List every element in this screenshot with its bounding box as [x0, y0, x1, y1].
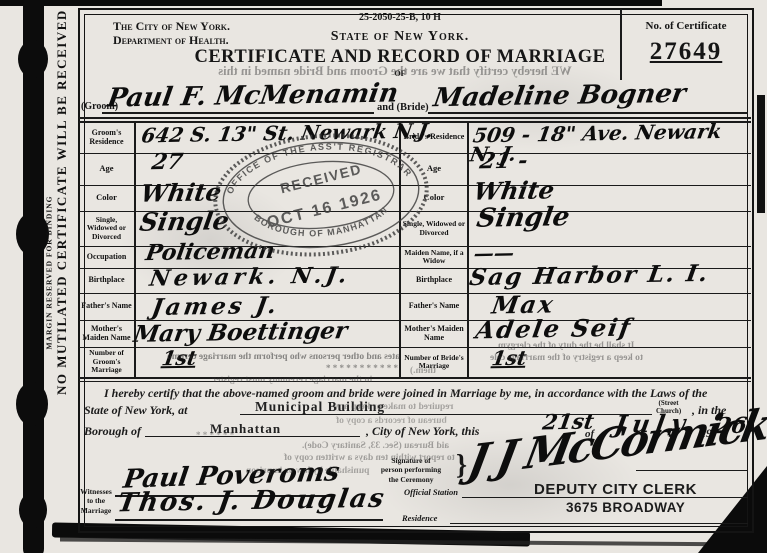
bleedthrough-text: ates and other persons who perform the m…: [132, 352, 400, 362]
signature-line: [636, 470, 748, 471]
bleedthrough-text: punishable by law or imprison: [246, 466, 369, 476]
bleedthrough-text: bureau of records a copy of: [336, 416, 447, 426]
field-label-groom-color: Color: [80, 185, 133, 211]
bleedthrough-text: WE hereby certify that we are the Groom …: [150, 64, 640, 79]
groom-birthplace-value: Newark. N.J.: [148, 265, 352, 289]
state-heading: State of New York.: [250, 29, 550, 45]
received-stamp: OFFICE OF THE ASS'T REGISTRAR BOROUGH OF…: [198, 118, 445, 272]
bleedthrough-text: in the marriage ceremony must register: [212, 375, 372, 385]
borough-line: [145, 436, 360, 437]
agency-name: The City of New York.: [113, 19, 230, 34]
certification-line3-prefix: Borough of: [84, 424, 141, 439]
bride-name-handwritten: Madeline Bogner: [432, 82, 688, 111]
field-label-groom-residence: Groom's Residence: [80, 122, 133, 153]
groom-mother-value: Mary Boettinger: [132, 320, 349, 346]
bride-age-value: 21 -: [478, 151, 529, 173]
and-bride-label: and (Bride): [377, 102, 429, 113]
groom-father-value: James J.: [150, 295, 281, 319]
binding-bump: [19, 492, 47, 528]
witnesses-label: Witnesses to the Marriage: [76, 487, 116, 515]
signature-label-line3: the Ceremony: [366, 475, 456, 484]
witness-2-line: [115, 519, 383, 521]
witness-2-signature: Thos. J. Douglas: [116, 487, 388, 516]
bride-birthplace-value: Sag Harbor L. I.: [468, 263, 711, 289]
groom-name-handwritten: Paul F. McMenamin: [106, 81, 400, 111]
mutilated-notice-vertical: NO MUTILATED CERTIFICATE WILL BE RECEIVE…: [54, 65, 70, 395]
bleedthrough-text: * * * * * *: [196, 430, 234, 440]
field-label-groom-birthplace: Birthplace: [80, 268, 133, 293]
witnesses-label-line3: Marriage: [76, 506, 116, 515]
field-label-bride-birthplace: Birthplace: [402, 268, 466, 293]
binding-bump: [16, 382, 48, 426]
table-bottom-rule-2: [79, 381, 751, 382]
deputy-city-clerk-stamp: DEPUTY CITY CLERK: [534, 481, 697, 498]
bleedthrough-text: aid Bureau (Sec. 33, Sanitary Code).: [302, 441, 449, 451]
field-label-groom-father: Father's Name: [80, 293, 133, 320]
form-number: 25-2050-25-B, 10 H: [300, 12, 500, 23]
binding-notice-vertical: MARGIN RESERVED FOR BINDING: [45, 148, 54, 398]
bride-name-underline: [428, 112, 748, 114]
bride-maiden-name-value: ——: [472, 244, 515, 264]
field-label-groom-marital-status: Single, Widowed or Divorced: [80, 211, 133, 246]
stamp-received-text: RECEIVED: [279, 161, 364, 197]
groom-age-value: 27: [150, 152, 184, 173]
agency-department: Department of Health.: [113, 33, 229, 48]
certification-line3-mid: , City of New York, this: [366, 424, 479, 439]
official-station-label: Official Station: [404, 487, 458, 497]
witnesses-label-line1: Witnesses: [76, 487, 116, 496]
binding-strip: [23, 0, 44, 553]
residence-label: Residence: [402, 513, 437, 523]
table-bottom-rule-1: [79, 377, 751, 379]
scanned-certificate-page: NO MUTILATED CERTIFICATE WILL BE RECEIVE…: [0, 0, 767, 553]
field-label-groom-mother: Mother's Maiden Name: [80, 320, 133, 347]
broadway-stamp: 3675 BROADWAY: [566, 500, 685, 515]
certification-line1: I hereby certify that the above-named gr…: [104, 386, 707, 401]
field-label-bride-mother: Mother's Maiden Name: [402, 320, 466, 347]
bleedthrough-text: to report within ten days a written copy…: [284, 453, 455, 463]
bleedthrough-text: them.): [410, 366, 436, 376]
residence-line: [450, 523, 748, 524]
scan-top-edge: [0, 0, 662, 6]
bride-marital-status-value: Single: [475, 205, 571, 231]
witnesses-label-line2: to the: [76, 496, 116, 505]
field-label-groom-occupation: Occupation: [80, 246, 133, 268]
field-label-groom-age: Age: [80, 153, 133, 185]
field-label-groom-marriage-number: Number of Groom's Marriage: [80, 347, 133, 377]
bride-color-value: White: [472, 179, 556, 203]
signature-label-line2: person performing: [366, 465, 456, 474]
certificate-number: 27649: [624, 38, 748, 66]
bleedthrough-text: It shall be the duty of the clergym: [498, 341, 634, 351]
certification-line2-prefix: State of New York, at: [84, 403, 187, 418]
scan-right-mark: [757, 95, 765, 213]
groom-name-underline: [102, 112, 374, 114]
binding-bump: [18, 40, 48, 78]
field-label-bride-father: Father's Name: [402, 293, 466, 320]
certificate-no-label: No. of Certificate: [624, 20, 748, 32]
bleedthrough-text: * * * * * * * * * * *: [140, 363, 398, 373]
bride-mother-value: Adele Seif: [474, 317, 634, 343]
bleedthrough-text: to keep a registry of the marriage cele: [490, 353, 643, 363]
bleedthrough-text: required to make or keep any: [334, 402, 454, 412]
